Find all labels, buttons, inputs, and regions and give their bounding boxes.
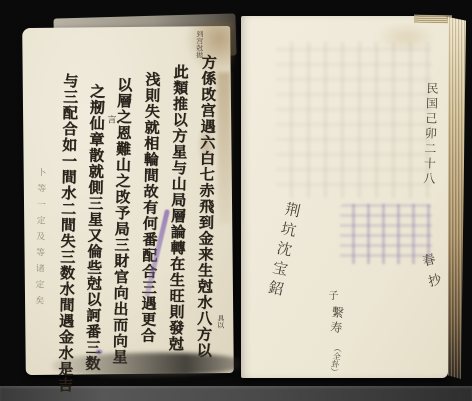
- page-corner-lines: [414, 15, 452, 24]
- right-page: 民国己卯二十八 春抄 荆坑沈宝鉊 子 繫寿 （全卦）: [241, 16, 448, 378]
- manuscript-column: 浅則失就相輪間故有何番配合三遇更合: [138, 71, 163, 343]
- child-name-annotation: 繫寿: [327, 305, 344, 336]
- manuscript-column: 与三配合如一間水二間失三数水間遇金水是吉: [55, 73, 81, 393]
- left-page: 到宫尅拋 方係攺宫遇六白七赤飛到金来生尅水八方以 此類推以方星与山局層論轉在生旺…: [22, 26, 234, 375]
- book-photo: 到宫尅拋 方係攺宫遇六白七赤飛到金来生尅水八方以 此類推以方星与山局層論轉在生旺…: [0, 0, 472, 401]
- manuscript-text-block: 到宫尅拋 方係攺宫遇六白七赤飛到金来生尅水八方以 此類推以方星与山局層論轉在生旺…: [21, 25, 235, 376]
- date-note: 民国己卯二十八: [421, 82, 439, 187]
- season-note: 春抄: [417, 252, 444, 297]
- name-column: 荆坑沈宝鉊: [264, 200, 302, 302]
- faint-manuscript-column: 卜等一定及等诸定矣: [32, 167, 48, 311]
- manuscript-column: 之剏仙章散就側三星又倫些尅以訶番三数: [82, 83, 107, 371]
- manuscript-column: 此類推以方星与山局層論轉在生旺則發尅: [165, 64, 190, 352]
- bleedthrough-mark: [276, 42, 432, 198]
- inline-annotation: 言: [107, 113, 116, 126]
- parenthetical-annotation: （全卦）: [328, 343, 343, 376]
- page-edge-strip: [448, 17, 466, 379]
- relation-annotation: 子: [325, 290, 337, 300]
- manuscript-column: 方係攺宫遇六白七赤飛到金来生尅水八方以: [193, 54, 219, 358]
- side-annotation: 具以: [216, 315, 226, 329]
